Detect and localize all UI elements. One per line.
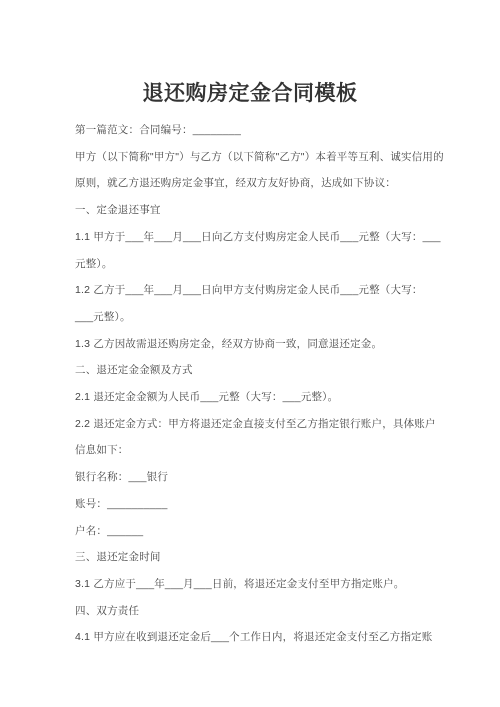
document-page: 退还购房定金合同模板 第一篇范文：合同编号：________ 甲方（以下简称"甲… [0, 0, 500, 707]
contract-field-bank-name: 银行名称：___银行 [75, 464, 445, 491]
contract-heading-section-2: 二、退还定金金额及方式 [75, 357, 445, 384]
contract-clause-1-3: 1.3 乙方因故需退还购房定金，经双方协商一致，同意退还定金。 [75, 331, 445, 358]
contract-clause-2-1: 2.1 退还定金金额为人民币___元整（大写：___元整）。 [75, 384, 445, 411]
contract-clause-1-2a: 1.2 乙方于___年___月___日向甲方支付购房定金人民币___元整（大写： [75, 277, 445, 304]
contract-clause-3-1: 3.1 乙方应于___年___月___日前，将退还定金支付至甲方指定账户。 [75, 571, 445, 598]
contract-field-account-number: 账号：__________ [75, 491, 445, 518]
contract-clause-1-1a: 1.1 甲方于___年___月___日向乙方支付购房定金人民币___元整（大写：… [75, 224, 445, 251]
contract-heading-section-1: 一、定金退还事宜 [75, 197, 445, 224]
contract-heading-section-3: 三、退还定金时间 [75, 544, 445, 571]
contract-line-preamble-1: 甲方（以下简称"甲方"）与乙方（以下简称"乙方"）本着平等互利、诚实信用的 [75, 144, 445, 171]
contract-line-intro-number: 第一篇范文：合同编号：________ [75, 117, 445, 144]
document-body: 第一篇范文：合同编号：________ 甲方（以下简称"甲方"）与乙方（以下简称… [0, 117, 500, 651]
contract-clause-4-1: 4.1 甲方应在收到退还定金后___个工作日内，将退还定金支付至乙方指定账 [75, 624, 445, 651]
contract-line-preamble-2: 原则，就乙方退还购房定金事宜，经双方友好协商，达成如下协议： [75, 170, 445, 197]
contract-clause-1-1b: 元整）。 [75, 251, 445, 278]
contract-clause-2-2b: 信息如下： [75, 437, 445, 464]
document-title: 退还购房定金合同模板 [0, 82, 500, 106]
contract-clause-2-2a: 2.2 退还定金方式：甲方将退还定金直接支付至乙方指定银行账户，具体账户 [75, 411, 445, 438]
contract-field-account-holder: 户名：______ [75, 518, 445, 545]
contract-heading-section-4: 四、双方责任 [75, 598, 445, 625]
contract-clause-1-2b: ___元整）。 [75, 304, 445, 331]
